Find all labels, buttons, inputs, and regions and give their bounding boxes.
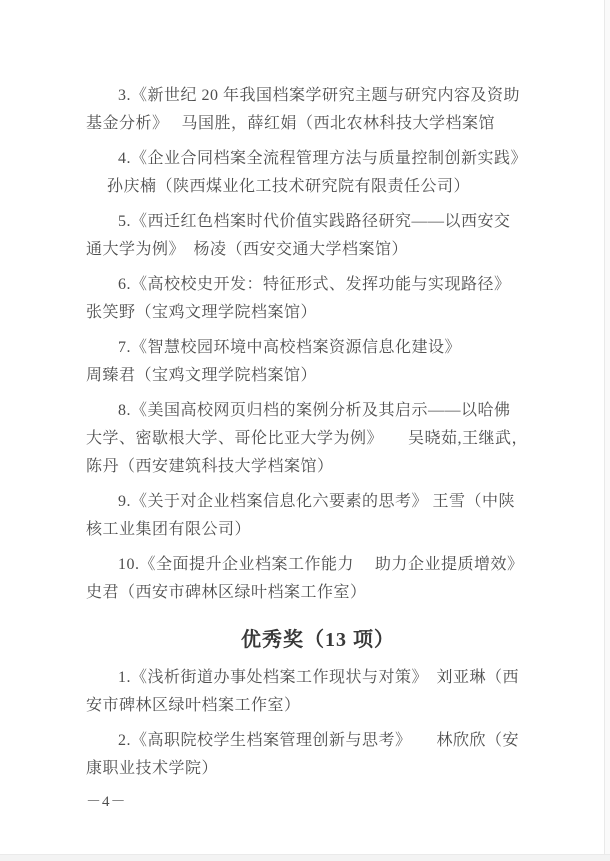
section-heading: 优秀奖（13 项） [86, 625, 550, 655]
document-page: 3.《新世纪 20 年我国档案学研究主题与研究内容及资助基金分析》 马国胜，薛红… [0, 0, 610, 861]
award-section: 3.《新世纪 20 年我国档案学研究主题与研究内容及资助基金分析》 马国胜，薛红… [86, 82, 550, 607]
award-entry: 6.《高校校史开发：特征形式、发挥功能与实现路径》张笑野（宝鸡文理学院档案馆） [86, 271, 550, 327]
award-sections: 3.《新世纪 20 年我国档案学研究主题与研究内容及资助基金分析》 马国胜，薛红… [86, 82, 550, 783]
entry-line: 核工业集团有限公司） [86, 516, 550, 544]
scan-edge-right [604, 0, 610, 861]
entry-line: 康职业技术学院） [86, 755, 550, 783]
entry-line: 2.《高职院校学生档案管理创新与思考》 林欣欣（安 [86, 727, 550, 755]
entry-line: 史君（西安市碑林区绿叶档案工作室） [86, 579, 550, 607]
page-number: －4－ [86, 792, 550, 812]
entry-line: 8.《美国高校网页归档的案例分析及其启示——以哈佛 [86, 397, 550, 425]
entry-line: 4.《企业合同档案全流程管理方法与质量控制创新实践》 [86, 145, 550, 173]
document-content: 3.《新世纪 20 年我国档案学研究主题与研究内容及资助基金分析》 马国胜，薛红… [0, 0, 610, 812]
award-entry: 3.《新世纪 20 年我国档案学研究主题与研究内容及资助基金分析》 马国胜，薛红… [86, 82, 550, 138]
award-entry: 10.《全面提升企业档案工作能力 助力企业提质增效》史君（西安市碑林区绿叶档案工… [86, 551, 550, 607]
entry-line: 安市碑林区绿叶档案工作室） [86, 692, 550, 720]
entry-line: 周臻君（宝鸡文理学院档案馆） [86, 362, 550, 390]
award-entry: 4.《企业合同档案全流程管理方法与质量控制创新实践》 孙庆楠（陕西煤业化工技术研… [86, 145, 550, 201]
award-entry: 2.《高职院校学生档案管理创新与思考》 林欣欣（安康职业技术学院） [86, 727, 550, 783]
entry-line: 1.《浅析街道办事处档案工作现状与对策》 刘亚琳（西 [86, 664, 550, 692]
entry-line: 张笑野（宝鸡文理学院档案馆） [86, 299, 550, 327]
entry-line: 10.《全面提升企业档案工作能力 助力企业提质增效》 [86, 551, 550, 579]
entry-line: 3.《新世纪 20 年我国档案学研究主题与研究内容及资助 [86, 82, 550, 110]
entry-line: 6.《高校校史开发：特征形式、发挥功能与实现路径》 [86, 271, 550, 299]
award-entry: 7.《智慧校园环境中高校档案资源信息化建设》周臻君（宝鸡文理学院档案馆） [86, 334, 550, 390]
award-entry: 9.《关于对企业档案信息化六要素的思考》 王雪（中陕核工业集团有限公司） [86, 488, 550, 544]
scan-edge-bottom [0, 854, 610, 861]
entry-line: 5.《西迁红色档案时代价值实践路径研究——以西安交 [86, 208, 550, 236]
entry-line: 孙庆楠（陕西煤业化工技术研究院有限责任公司） [86, 173, 550, 201]
entry-line: 大学、密歇根大学、哥伦比亚大学为例》 吴晓茹,王继武， [86, 425, 550, 453]
award-section: 优秀奖（13 项）1.《浅析街道办事处档案工作现状与对策》 刘亚琳（西安市碑林区… [86, 625, 550, 783]
entry-line: 9.《关于对企业档案信息化六要素的思考》 王雪（中陕 [86, 488, 550, 516]
entry-line: 陈丹（西安建筑科技大学档案馆） [86, 453, 550, 481]
award-entry: 1.《浅析街道办事处档案工作现状与对策》 刘亚琳（西安市碑林区绿叶档案工作室） [86, 664, 550, 720]
award-entry: 8.《美国高校网页归档的案例分析及其启示——以哈佛大学、密歇根大学、哥伦比亚大学… [86, 397, 550, 481]
entry-line: 7.《智慧校园环境中高校档案资源信息化建设》 [86, 334, 550, 362]
entry-line: 通大学为例》 杨凌（西安交通大学档案馆） [86, 236, 550, 264]
award-entry: 5.《西迁红色档案时代价值实践路径研究——以西安交通大学为例》 杨凌（西安交通大… [86, 208, 550, 264]
entry-line: 基金分析》 马国胜，薛红娟（西北农林科技大学档案馆 [86, 110, 550, 138]
